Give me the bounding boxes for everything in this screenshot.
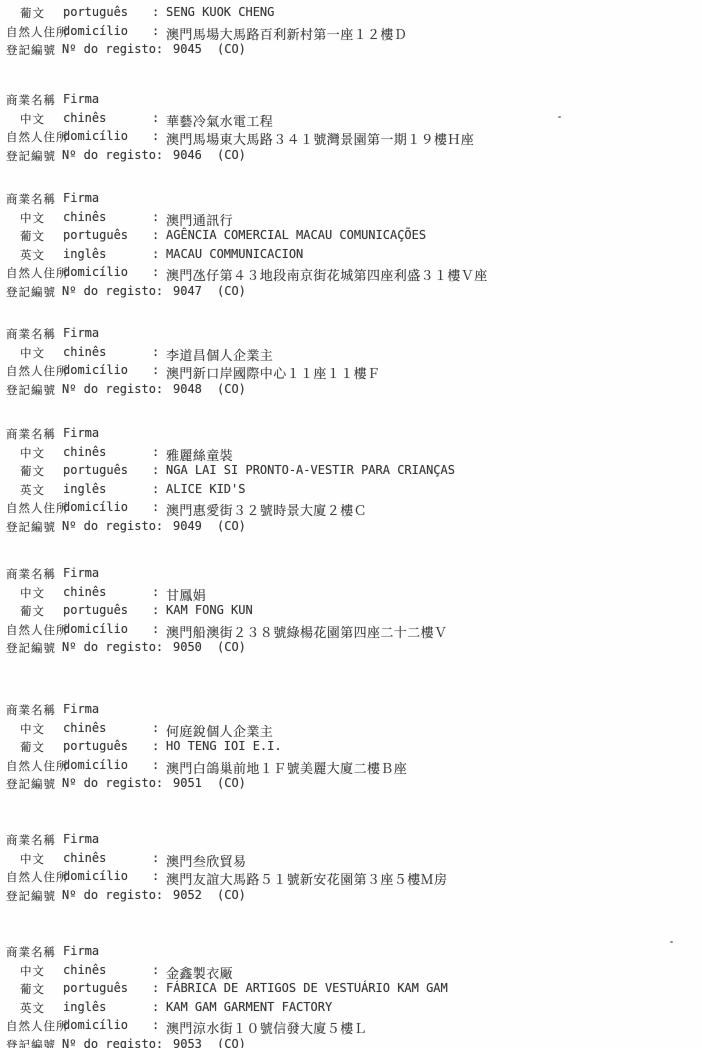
chinese-name-value: 華藝冷氣水電工程 (166, 111, 273, 130)
field-label-zh: 自然人住所 (6, 129, 69, 145)
field-label-zh: 自然人住所 (6, 265, 69, 281)
field-label-zh: 商業名稱 (6, 566, 56, 582)
registration-row: 登記編號 Nº do registo: 9047 (CO) (0, 284, 702, 303)
registration-number: 9050 (173, 640, 202, 654)
chinese-name-row: 中文 chinês : 澳門通訊行 (0, 210, 702, 229)
field-label-zh: 商業名稱 (6, 832, 56, 848)
english-name-row: 英文 inglês : KAM GAM GARMENT FACTORY (0, 1000, 702, 1019)
domicile-row: 自然人住所 domicílio : 澳門新口岸國際中心１１座１１樓Ｆ (0, 363, 702, 382)
field-label-zh: 葡文 (20, 981, 45, 997)
firm-label-row: 商業名稱 Firma (0, 832, 702, 851)
field-label-pt: Nº do registo: (62, 888, 163, 902)
colon-separator: : (152, 869, 159, 883)
english-name-value: ALICE KID'S (166, 482, 245, 496)
registry-entry-9053: 商業名稱 Firma 中文 chinês : 金鑫製衣厰 葡文 portuguê… (0, 944, 702, 1048)
registration-number: 9045 (173, 42, 202, 56)
domicile-value: 澳門馬場大馬路百利新村第一座１２樓Ｄ (166, 24, 407, 43)
field-label-pt: português (63, 228, 128, 242)
domicile-row: 自然人住所 domicílio : 澳門友誼大馬路５１號新安花園第３座５樓Ｍ房 (0, 869, 702, 888)
field-label-pt: domicílio (63, 129, 128, 143)
english-name-row: 英文 inglês : MACAU COMMUNICACION (0, 247, 702, 266)
field-label-pt: domicílio (63, 622, 128, 636)
field-label-pt: Nº do registo: (62, 42, 163, 56)
domicile-value: 澳門船澳街２３８號綠楊花園第四座二十二樓Ｖ (166, 622, 447, 641)
firm-label-row: 商業名稱 Firma (0, 326, 702, 345)
registry-entry-9049: 商業名稱 Firma 中文 chinês : 雅麗絲童裝 葡文 portuguê… (0, 426, 702, 537)
field-label-zh: 自然人住所 (6, 24, 69, 40)
chinese-name-value: 金鑫製衣厰 (166, 963, 233, 982)
firm-label-row: 商業名稱 Firma (0, 702, 702, 721)
colon-separator: : (152, 1000, 159, 1014)
field-label-pt: português (63, 739, 128, 753)
field-label-pt: chinês (63, 963, 106, 977)
domicile-row: 自然人住所 domicílio : 澳門白鴿巢前地１Ｆ號美麗大廈二樓Ｂ座 (0, 758, 702, 777)
registration-number: 9046 (173, 148, 202, 162)
chinese-name-row: 中文 chinês : 甘鳳娟 (0, 585, 702, 604)
field-label-pt: Firma (63, 566, 99, 580)
field-label-pt: domicílio (63, 363, 128, 377)
chinese-name-value: 澳門通訊行 (166, 210, 233, 229)
field-label-zh: 英文 (20, 1000, 45, 1016)
scan-speck (670, 941, 673, 943)
colon-separator: : (152, 500, 159, 514)
registry-entry-9048: 商業名稱 Firma 中文 chinês : 李道昌個人企業主 自然人住所 do… (0, 326, 702, 400)
field-label-zh: 登記編號 (6, 519, 56, 535)
domicile-row: 自然人住所 domicílio : 澳門氹仔第４３地段南京街花城第四座利盛３１樓… (0, 265, 702, 284)
colon-separator: : (152, 129, 159, 143)
registry-entry-9045: 葡文 português : SENG KUOK CHENG 自然人住所 dom… (0, 5, 702, 61)
field-label-pt: Firma (63, 191, 99, 205)
field-label-pt: Nº do registo: (62, 148, 163, 162)
field-label-zh: 登記編號 (6, 776, 56, 792)
domicile-row: 自然人住所 domicílio : 澳門惠愛街３２號時景大廈２樓Ｃ (0, 500, 702, 519)
field-label-pt: domicílio (63, 500, 128, 514)
registration-row: 登記編號 Nº do registo: 9049 (CO) (0, 519, 702, 538)
registry-entry-9050: 商業名稱 Firma 中文 chinês : 甘鳳娟 葡文 português … (0, 566, 702, 659)
chinese-name-row: 中文 chinês : 華藝冷氣水電工程 (0, 111, 702, 130)
colon-separator: : (152, 228, 159, 242)
portuguese-name-value: SENG KUOK CHENG (166, 5, 274, 19)
field-label-pt: português (63, 5, 128, 19)
chinese-name-row: 中文 chinês : 澳門叁欣貿易 (0, 851, 702, 870)
registration-number: 9053 (173, 1037, 202, 1048)
field-label-pt: domicílio (63, 1018, 128, 1032)
field-label-zh: 葡文 (20, 603, 45, 619)
registration-row: 登記編號 Nº do registo: 9046 (CO) (0, 148, 702, 167)
field-label-zh: 自然人住所 (6, 363, 69, 379)
field-label-pt: Firma (63, 92, 99, 106)
english-name-value: KAM GAM GARMENT FACTORY (166, 1000, 332, 1014)
chinese-name-row: 中文 chinês : 金鑫製衣厰 (0, 963, 702, 982)
chinese-name-row: 中文 chinês : 雅麗絲童裝 (0, 445, 702, 464)
field-label-pt: chinês (63, 210, 106, 224)
firm-label-row: 商業名稱 Firma (0, 944, 702, 963)
registration-suffix: (CO) (217, 776, 246, 790)
registration-suffix: (CO) (217, 382, 246, 396)
portuguese-name-value: HO TENG IOI E.I. (166, 739, 282, 753)
firm-label-row: 商業名稱 Firma (0, 92, 702, 111)
field-label-zh: 中文 (20, 210, 45, 226)
field-label-zh: 登記編號 (6, 640, 56, 656)
field-label-zh: 英文 (20, 247, 45, 263)
field-label-pt: domicílio (63, 758, 128, 772)
colon-separator: : (152, 851, 159, 865)
registration-suffix: (CO) (217, 888, 246, 902)
field-label-pt: chinês (63, 851, 106, 865)
colon-separator: : (152, 622, 159, 636)
portuguese-name-row: 葡文 português : KAM FONG KUN (0, 603, 702, 622)
field-label-zh: 自然人住所 (6, 622, 69, 638)
portuguese-name-value: NGA LAI SI PRONTO-A-VESTIR PARA CRIANÇAS (166, 463, 455, 477)
registration-row: 登記編號 Nº do registo: 9048 (CO) (0, 382, 702, 401)
colon-separator: : (152, 345, 159, 359)
field-label-pt: domicílio (63, 869, 128, 883)
field-label-zh: 商業名稱 (6, 326, 56, 342)
field-label-zh: 中文 (20, 851, 45, 867)
field-label-zh: 中文 (20, 345, 45, 361)
registry-entry-9047: 商業名稱 Firma 中文 chinês : 澳門通訊行 葡文 portuguê… (0, 191, 702, 302)
field-label-pt: Firma (63, 426, 99, 440)
field-label-zh: 自然人住所 (6, 758, 69, 774)
field-label-pt: chinês (63, 721, 106, 735)
field-label-pt: Firma (63, 326, 99, 340)
registration-suffix: (CO) (217, 148, 246, 162)
field-label-zh: 中文 (20, 585, 45, 601)
field-label-pt: chinês (63, 445, 106, 459)
field-label-zh: 登記編號 (6, 148, 56, 164)
chinese-name-value: 雅麗絲童裝 (166, 445, 233, 464)
chinese-name-row: 中文 chinês : 李道昌個人企業主 (0, 345, 702, 364)
domicile-row: 自然人住所 domicílio : 澳門涼水街１０號信發大廈５樓Ｌ (0, 1018, 702, 1037)
field-label-pt: chinês (63, 111, 106, 125)
portuguese-name-value: KAM FONG KUN (166, 603, 253, 617)
field-label-zh: 商業名稱 (6, 702, 56, 718)
registry-entry-9046: 商業名稱 Firma 中文 chinês : 華藝冷氣水電工程 自然人住所 do… (0, 92, 702, 166)
colon-separator: : (152, 482, 159, 496)
field-label-zh: 中文 (20, 111, 45, 127)
scanned-registry-page: 葡文 português : SENG KUOK CHENG 自然人住所 dom… (0, 0, 702, 1048)
portuguese-name-row: 葡文 português : HO TENG IOI E.I. (0, 739, 702, 758)
portuguese-name-row: 葡文 português : SENG KUOK CHENG (0, 5, 702, 24)
field-label-pt: português (63, 603, 128, 617)
colon-separator: : (152, 1018, 159, 1032)
english-name-row: 英文 inglês : ALICE KID'S (0, 482, 702, 501)
field-label-pt: Nº do registo: (62, 640, 163, 654)
portuguese-name-row: 葡文 português : FÁBRICA DE ARTIGOS DE VES… (0, 981, 702, 1000)
field-label-pt: Nº do registo: (62, 776, 163, 790)
portuguese-name-row: 葡文 português : NGA LAI SI PRONTO-A-VESTI… (0, 463, 702, 482)
colon-separator: : (152, 247, 159, 261)
colon-separator: : (152, 5, 159, 19)
colon-separator: : (152, 981, 159, 995)
registration-suffix: (CO) (217, 1037, 246, 1048)
firm-label-row: 商業名稱 Firma (0, 426, 702, 445)
domicile-row: 自然人住所 domicílio : 澳門馬場大馬路百利新村第一座１２樓Ｄ (0, 24, 702, 43)
field-label-zh: 中文 (20, 445, 45, 461)
field-label-pt: Nº do registo: (62, 382, 163, 396)
domicile-value: 澳門馬場東大馬路３４１號灣景園第一期１９樓Ｈ座 (166, 129, 474, 148)
colon-separator: : (152, 24, 159, 38)
field-label-zh: 葡文 (20, 463, 45, 479)
field-label-pt: domicílio (63, 265, 128, 279)
registration-row: 登記編號 Nº do registo: 9053 (CO) (0, 1037, 702, 1048)
field-label-zh: 登記編號 (6, 42, 56, 58)
field-label-pt: Firma (63, 832, 99, 846)
field-label-zh: 英文 (20, 482, 45, 498)
registration-suffix: (CO) (217, 42, 246, 56)
colon-separator: : (152, 463, 159, 477)
field-label-zh: 自然人住所 (6, 1018, 69, 1034)
domicile-value: 澳門新口岸國際中心１１座１１樓Ｆ (166, 363, 380, 382)
firm-label-row: 商業名稱 Firma (0, 566, 702, 585)
domicile-row: 自然人住所 domicílio : 澳門船澳街２３８號綠楊花園第四座二十二樓Ｖ (0, 622, 702, 641)
colon-separator: : (152, 445, 159, 459)
domicile-value: 澳門白鴿巢前地１Ｆ號美麗大廈二樓Ｂ座 (166, 758, 407, 777)
colon-separator: : (152, 963, 159, 977)
field-label-zh: 葡文 (20, 5, 45, 21)
field-label-zh: 商業名稱 (6, 92, 56, 108)
colon-separator: : (152, 111, 159, 125)
field-label-pt: inglês (63, 482, 106, 496)
field-label-zh: 登記編號 (6, 284, 56, 300)
field-label-pt: chinês (63, 345, 106, 359)
colon-separator: : (152, 758, 159, 772)
registry-entry-9052: 商業名稱 Firma 中文 chinês : 澳門叁欣貿易 自然人住所 domi… (0, 832, 702, 906)
field-label-zh: 商業名稱 (6, 191, 56, 207)
field-label-pt: Firma (63, 944, 99, 958)
chinese-name-row: 中文 chinês : 何庭銳個人企業主 (0, 721, 702, 740)
domicile-value: 澳門氹仔第４３地段南京街花城第四座利盛３１樓Ｖ座 (166, 265, 488, 284)
registration-row: 登記編號 Nº do registo: 9051 (CO) (0, 776, 702, 795)
firm-label-row: 商業名稱 Firma (0, 191, 702, 210)
chinese-name-value: 何庭銳個人企業主 (166, 721, 273, 740)
domicile-row: 自然人住所 domicílio : 澳門馬場東大馬路３４１號灣景園第一期１９樓Ｈ… (0, 129, 702, 148)
registration-suffix: (CO) (217, 519, 246, 533)
field-label-pt: português (63, 463, 128, 477)
domicile-value: 澳門惠愛街３２號時景大廈２樓Ｃ (166, 500, 367, 519)
chinese-name-value: 甘鳳娟 (166, 585, 206, 604)
registration-row: 登記編號 Nº do registo: 9045 (CO) (0, 42, 702, 61)
registration-number: 9049 (173, 519, 202, 533)
registration-suffix: (CO) (217, 284, 246, 298)
field-label-pt: Nº do registo: (62, 284, 163, 298)
chinese-name-value: 李道昌個人企業主 (166, 345, 273, 364)
registration-row: 登記編號 Nº do registo: 9052 (CO) (0, 888, 702, 907)
field-label-pt: domicílio (63, 24, 128, 38)
registration-number: 9048 (173, 382, 202, 396)
portuguese-name-value: AGÊNCIA COMERCIAL MACAU COMUNICAÇÕES (166, 228, 426, 242)
registration-suffix: (CO) (217, 640, 246, 654)
colon-separator: : (152, 265, 159, 279)
field-label-pt: português (63, 981, 128, 995)
colon-separator: : (152, 739, 159, 753)
domicile-value: 澳門涼水街１０號信發大廈５樓Ｌ (166, 1018, 367, 1037)
field-label-pt: inglês (63, 1000, 106, 1014)
field-label-zh: 中文 (20, 963, 45, 979)
english-name-value: MACAU COMMUNICACION (166, 247, 303, 261)
field-label-zh: 商業名稱 (6, 944, 56, 960)
field-label-zh: 登記編號 (6, 888, 56, 904)
registration-number: 9047 (173, 284, 202, 298)
field-label-pt: Nº do registo: (62, 519, 163, 533)
field-label-zh: 葡文 (20, 739, 45, 755)
field-label-pt: chinês (63, 585, 106, 599)
colon-separator: : (152, 721, 159, 735)
field-label-zh: 登記編號 (6, 1037, 56, 1048)
scan-speck (558, 116, 561, 118)
field-label-zh: 商業名稱 (6, 426, 56, 442)
colon-separator: : (152, 210, 159, 224)
field-label-pt: Nº do registo: (62, 1037, 163, 1048)
field-label-zh: 葡文 (20, 228, 45, 244)
registration-number: 9051 (173, 776, 202, 790)
portuguese-name-value: FÁBRICA DE ARTIGOS DE VESTUÁRIO KAM GAM (166, 981, 448, 995)
field-label-zh: 中文 (20, 721, 45, 737)
registry-entry-9051: 商業名稱 Firma 中文 chinês : 何庭銳個人企業主 葡文 portu… (0, 702, 702, 795)
field-label-zh: 登記編號 (6, 382, 56, 398)
field-label-pt: inglês (63, 247, 106, 261)
chinese-name-value: 澳門叁欣貿易 (166, 851, 246, 870)
field-label-pt: Firma (63, 702, 99, 716)
domicile-value: 澳門友誼大馬路５１號新安花園第３座５樓Ｍ房 (166, 869, 447, 888)
field-label-zh: 自然人住所 (6, 869, 69, 885)
portuguese-name-row: 葡文 português : AGÊNCIA COMERCIAL MACAU C… (0, 228, 702, 247)
colon-separator: : (152, 363, 159, 377)
registration-row: 登記編號 Nº do registo: 9050 (CO) (0, 640, 702, 659)
colon-separator: : (152, 603, 159, 617)
registration-number: 9052 (173, 888, 202, 902)
field-label-zh: 自然人住所 (6, 500, 69, 516)
colon-separator: : (152, 585, 159, 599)
